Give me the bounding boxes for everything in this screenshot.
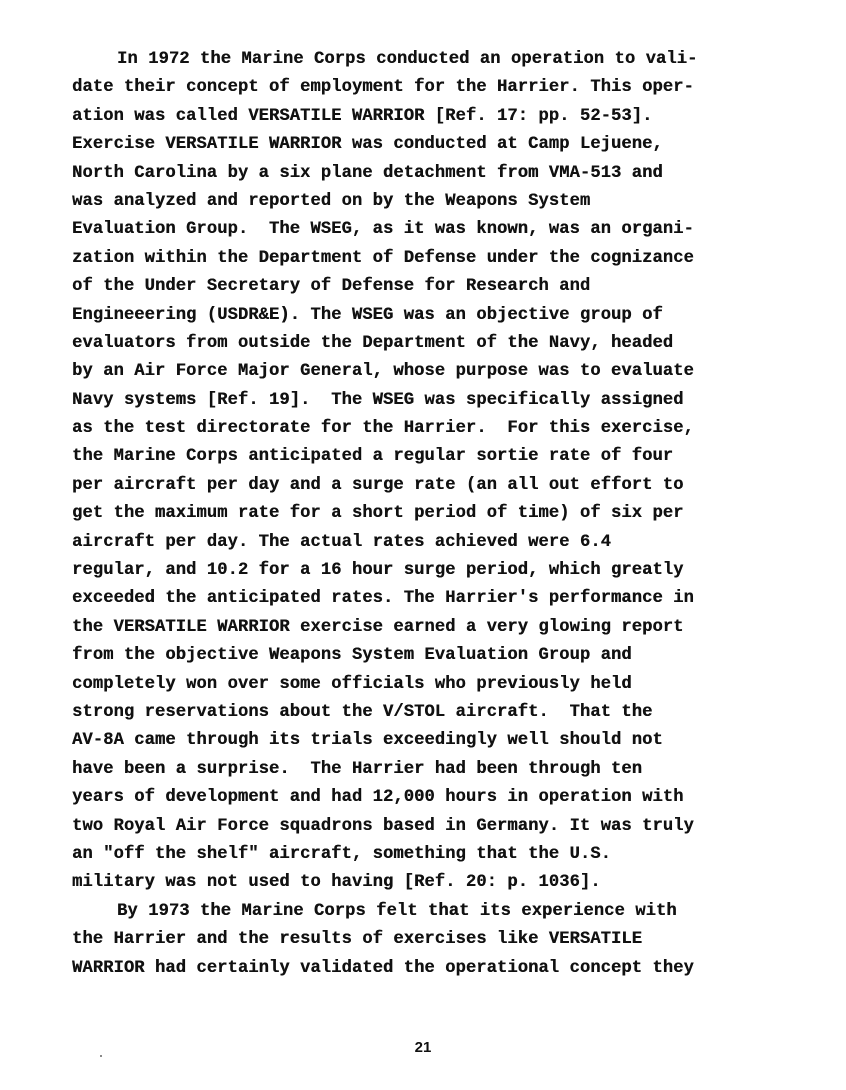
text-line: Exercise VERSATILE WARRIOR was conducted…	[72, 131, 772, 159]
text-line: date their concept of employment for the…	[72, 74, 772, 102]
paragraph: In 1972 the Marine Corps conducted an op…	[72, 46, 772, 898]
text-line: as the test directorate for the Harrier.…	[72, 415, 772, 443]
text-line: get the maximum rate for a short period …	[72, 500, 772, 528]
text-line: Evaluation Group. The WSEG, as it was kn…	[72, 216, 772, 244]
text-line: aircraft per day. The actual rates achie…	[72, 529, 772, 557]
body-text: In 1972 the Marine Corps conducted an op…	[72, 46, 772, 983]
document-page: In 1972 the Marine Corps conducted an op…	[0, 0, 846, 1090]
text-line: from the objective Weapons System Evalua…	[72, 642, 772, 670]
text-line: the Marine Corps anticipated a regular s…	[72, 443, 772, 471]
text-line: In 1972 the Marine Corps conducted an op…	[72, 46, 772, 74]
text-line: years of development and had 12,000 hour…	[72, 784, 772, 812]
text-line: have been a surprise. The Harrier had be…	[72, 756, 772, 784]
paragraph: By 1973 the Marine Corps felt that its e…	[72, 898, 772, 983]
text-line: regular, and 10.2 for a 16 hour surge pe…	[72, 557, 772, 585]
text-line: strong reservations about the V/STOL air…	[72, 699, 772, 727]
text-line: exceeded the anticipated rates. The Harr…	[72, 585, 772, 613]
text-line: completely won over some officials who p…	[72, 671, 772, 699]
text-line: per aircraft per day and a surge rate (a…	[72, 472, 772, 500]
text-line: by an Air Force Major General, whose pur…	[72, 358, 772, 386]
text-line: North Carolina by a six plane detachment…	[72, 160, 772, 188]
text-line: AV-8A came through its trials exceedingl…	[72, 727, 772, 755]
text-line: was analyzed and reported on by the Weap…	[72, 188, 772, 216]
text-line: Navy systems [Ref. 19]. The WSEG was spe…	[72, 387, 772, 415]
text-line: zation within the Department of Defense …	[72, 245, 772, 273]
text-line: ation was called VERSATILE WARRIOR [Ref.…	[72, 103, 772, 131]
page-number: 21	[0, 1039, 846, 1056]
text-line: two Royal Air Force squadrons based in G…	[72, 813, 772, 841]
text-line: an "off the shelf" aircraft, something t…	[72, 841, 772, 869]
text-line: military was not used to having [Ref. 20…	[72, 869, 772, 897]
scan-speck	[100, 1055, 102, 1057]
text-line: the VERSATILE WARRIOR exercise earned a …	[72, 614, 772, 642]
text-line: the Harrier and the results of exercises…	[72, 926, 772, 954]
text-line: of the Under Secretary of Defense for Re…	[72, 273, 772, 301]
text-line: Engineeering (USDR&E). The WSEG was an o…	[72, 302, 772, 330]
text-line: By 1973 the Marine Corps felt that its e…	[72, 898, 772, 926]
text-line: WARRIOR had certainly validated the oper…	[72, 955, 772, 983]
text-line: evaluators from outside the Department o…	[72, 330, 772, 358]
